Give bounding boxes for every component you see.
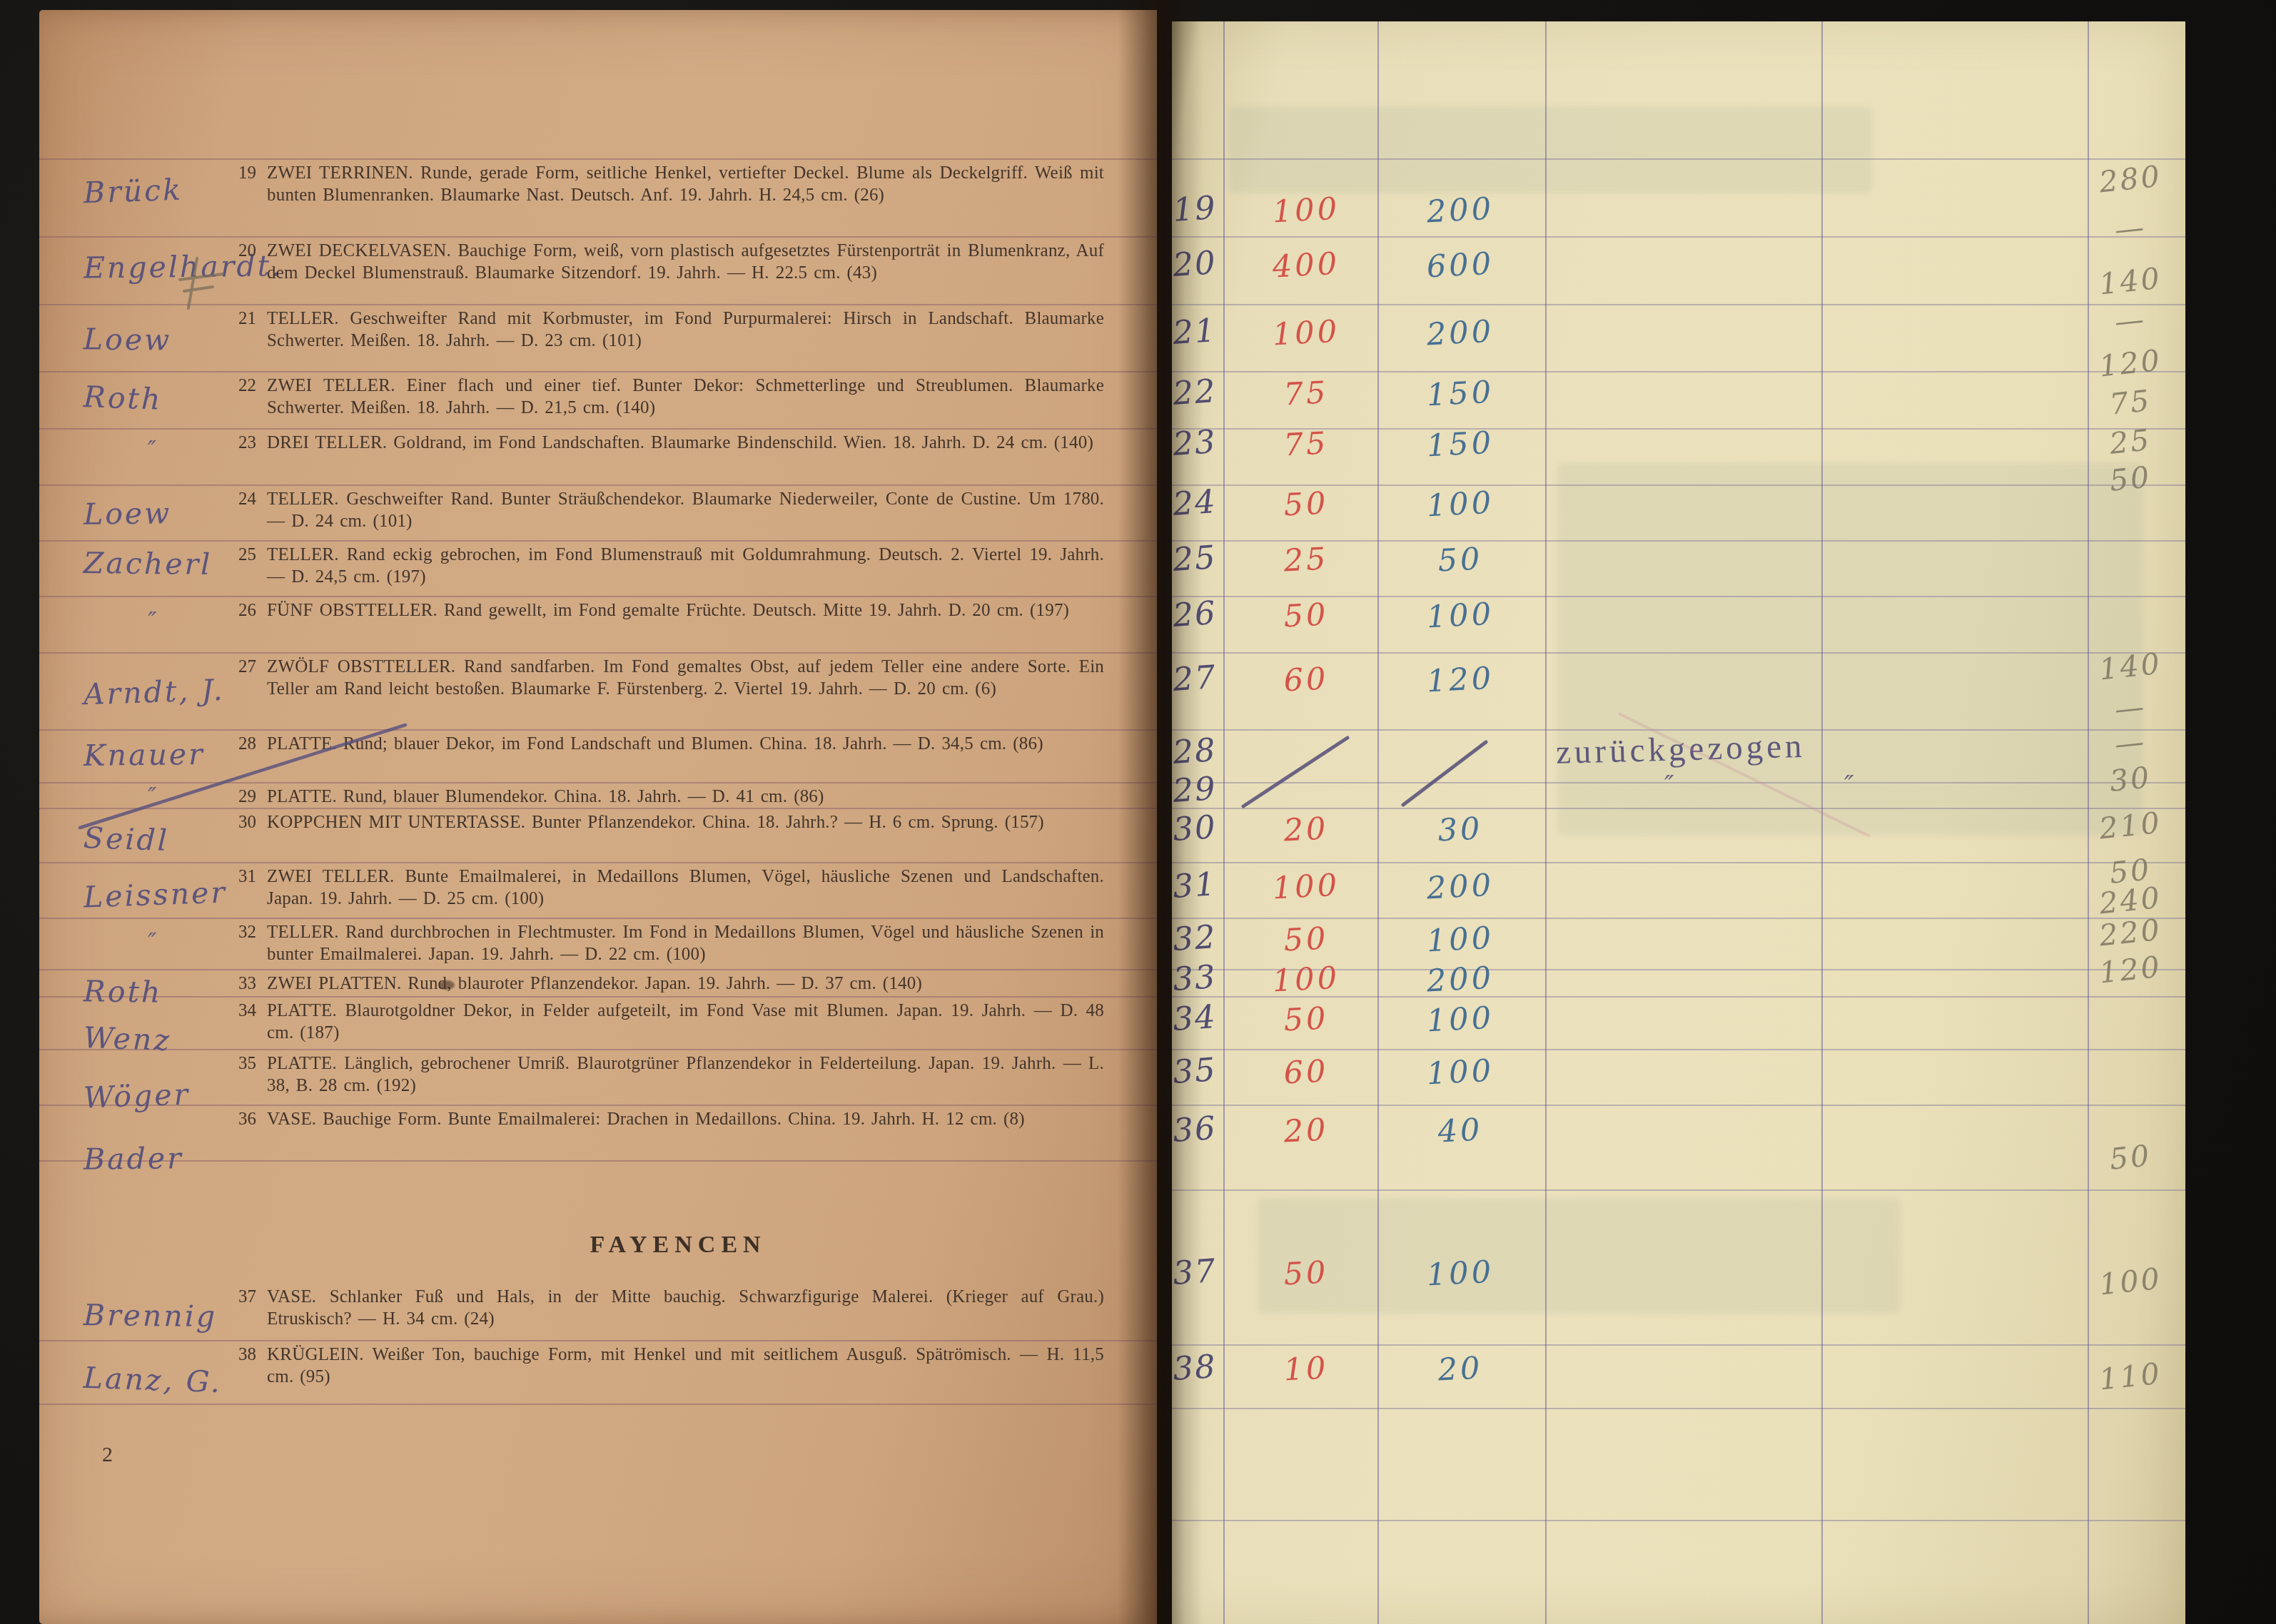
lot-description: DREI TELLER. Goldrand, im Fond Landschaf…: [267, 432, 1104, 454]
catalog-entry: 25TELLER. Rand eckig gebrochen, im Fond …: [203, 544, 1104, 588]
margin-bidder-name: Roth: [84, 974, 163, 1009]
ledger-price-red: 75: [1234, 372, 1378, 415]
lot-number-printed: 31: [203, 866, 267, 910]
rule-line: [39, 808, 1157, 809]
margin-bidder-name: Seidl: [83, 821, 169, 858]
ledger-lot-number: 22: [1159, 371, 1230, 414]
ledger-price-red: 60: [1234, 1051, 1378, 1094]
book-spread-scan: { "document": { "page_number": "2", "sec…: [0, 0, 2276, 1624]
rule-line: [39, 1340, 1157, 1341]
ledger-price-red: 50: [1234, 998, 1378, 1041]
ledger-price-blue: 100: [1388, 594, 1532, 637]
ledger-column-line: [1821, 21, 1823, 1624]
ledger-price-red: 60: [1234, 659, 1378, 701]
lot-description: ZWEI TELLER. Bunte Emailmalerei, in Meda…: [267, 866, 1104, 910]
ledger-rule-line: [1172, 1105, 2185, 1106]
ledger-lot-number: 25: [1159, 537, 1230, 580]
lot-number-printed: 23: [203, 432, 267, 454]
margin-bidder-name: Lanz, G.: [83, 1361, 223, 1400]
lot-description: KRÜGLEIN. Weißer Ton, bauchige Form, mit…: [267, 1344, 1104, 1388]
ledger-lot-number: 37: [1159, 1251, 1230, 1294]
margin-bidder-name: Bader: [84, 1141, 183, 1177]
ledger-rule-line: [1172, 304, 2185, 305]
margin-bidder-name: Loew: [84, 322, 172, 357]
ledger-page: zurückgezogen ″ ″ 1910020028020400600—21…: [1172, 21, 2185, 1624]
ledger-rule-line: [1172, 1049, 2185, 1050]
ledger-lot-number: 27: [1159, 657, 1230, 700]
lot-number-printed: 25: [203, 544, 267, 588]
rule-line: [39, 1404, 1157, 1405]
rule-line: [39, 1105, 1157, 1106]
ledger-rule-line: [1172, 652, 2185, 654]
ledger-rule-line: [1172, 729, 2185, 731]
rule-line: [39, 1160, 1157, 1162]
rule-line: [39, 371, 1157, 372]
ledger-price-blue: 150: [1388, 372, 1532, 415]
catalog-entry: 26FÜNF OBSTTELLER. Rand gewellt, im Fond…: [203, 599, 1104, 621]
rule-line: [39, 304, 1157, 305]
lot-number-printed: 32: [203, 921, 267, 965]
lot-number-printed: 20: [203, 240, 267, 284]
lot-number-printed: 37: [203, 1286, 267, 1330]
catalog-entry: 33ZWEI PLATTEN. Rund, blauroter Pflanzen…: [203, 973, 1104, 995]
ledger-rule-line: [1172, 862, 2185, 863]
ledger-lot-number: 36: [1159, 1108, 1230, 1151]
ledger-price-red: 50: [1234, 918, 1378, 961]
ledger-price-red: 20: [1234, 808, 1378, 851]
rule-line: [39, 596, 1157, 597]
lot-number-printed: 24: [203, 488, 267, 532]
ledger-lot-number: 34: [1159, 997, 1230, 1040]
ditto-mark: ″: [1664, 771, 1674, 800]
margin-bidder-name: Brück: [83, 173, 183, 210]
rule-line: [39, 540, 1157, 542]
ledger-price-red: 20: [1234, 1110, 1378, 1152]
margin-bidder-name: Zacherl: [84, 546, 213, 582]
margin-bidder-name: ″: [147, 607, 158, 634]
catalog-entry: 24TELLER. Geschweifter Rand. Bunter Strä…: [203, 488, 1104, 532]
catalog-entry: 37VASE. Schlanker Fuß und Hals, in der M…: [203, 1286, 1104, 1330]
catalog-entry: 22ZWEI TELLER. Einer flach und einer tie…: [203, 375, 1104, 419]
ledger-price-blue: 120: [1388, 659, 1532, 701]
lot-description: FÜNF OBSTTELLER. Rand gewellt, im Fond g…: [267, 599, 1104, 621]
ledger-price-red: 10: [1234, 1348, 1378, 1391]
catalog-entry: 21TELLER. Geschweifter Rand mit Korbmust…: [203, 308, 1104, 352]
ledger-price-red: 100: [1234, 312, 1378, 355]
rule-line: [39, 729, 1157, 731]
lot-description: PLATTE. Rund; blauer Dekor, im Fond Land…: [267, 733, 1104, 755]
lot-description: VASE. Schlanker Fuß und Hals, in der Mit…: [267, 1286, 1104, 1330]
margin-bidder-name: ″: [148, 928, 158, 955]
lot-description: TELLER. Rand durchbrochen in Flechtmuste…: [267, 921, 1104, 965]
ledger-price-red: 50: [1234, 483, 1378, 526]
lot-description: VASE. Bauchige Form. Bunte Emailmalerei:…: [267, 1108, 1104, 1130]
lot-description: TELLER. Rand eckig gebrochen, im Fond Bl…: [267, 544, 1104, 588]
ledger-lot-number: 24: [1159, 482, 1230, 524]
lot-description: PLATTE. Rund, blauer Blumendekor. China.…: [267, 786, 1104, 808]
catalog-entry: 31ZWEI TELLER. Bunte Emailmalerei, in Me…: [203, 866, 1104, 910]
ledger-rule-line: [1172, 808, 2185, 809]
ledger-price-red: 50: [1234, 594, 1378, 637]
lot-number-printed: 22: [203, 375, 267, 419]
margin-bidder-name: Loew: [84, 496, 172, 531]
catalog-entry: 19ZWEI TERRINEN. Runde, gerade Form, sei…: [203, 162, 1104, 206]
lot-number-printed: 28: [203, 733, 267, 755]
lot-description: TELLER. Geschweifter Rand. Bunter Sträuß…: [267, 488, 1104, 532]
ledger-lot-number: 23: [1159, 422, 1230, 465]
catalog-entry: 34PLATTE. Blaurotgoldner Dekor, in Felde…: [203, 1000, 1104, 1044]
margin-bidder-name: Brennig: [84, 1298, 218, 1334]
ledger-price-blue: 200: [1388, 312, 1532, 355]
catalog-entry: 29PLATTE. Rund, blauer Blumendekor. Chin…: [203, 786, 1104, 808]
lot-number-printed: 19: [203, 162, 267, 206]
lot-number-printed: 21: [203, 308, 267, 352]
rule-line: [39, 158, 1157, 160]
catalog-entry: 36VASE. Bauchige Form. Bunte Emailmalere…: [203, 1108, 1104, 1130]
ledger-price-red: 400: [1234, 244, 1378, 287]
ledger-price-blue: 100: [1388, 998, 1532, 1041]
ledger-column-line: [1545, 21, 1547, 1624]
lot-description: ZWEI TERRINEN. Runde, gerade Form, seitl…: [267, 162, 1104, 206]
lot-number-printed: 27: [203, 656, 267, 700]
ledger-column-line: [1377, 21, 1379, 1624]
ledger-price-blue: 200: [1388, 866, 1532, 908]
ledger-price-red: 100: [1234, 866, 1378, 908]
ledger-price-blue: 40: [1388, 1110, 1532, 1152]
ledger-rule-line: [1172, 1408, 2185, 1409]
lot-description: PLATTE. Blaurotgoldner Dekor, in Felder …: [267, 1000, 1104, 1044]
ledger-lot-number: 21: [1159, 310, 1230, 353]
ledger-price-red: 75: [1234, 423, 1378, 466]
ledger-lot-number: 30: [1159, 807, 1230, 850]
ledger-rule-line: [1172, 918, 2185, 919]
lot-description: ZWÖLF OBSTTELLER. Rand sandfarben. Im Fo…: [267, 656, 1104, 700]
catalog-entry: 27ZWÖLF OBSTTELLER. Rand sandfarben. Im …: [203, 656, 1104, 700]
catalog-entry: 28PLATTE. Rund; blauer Dekor, im Fond La…: [203, 733, 1104, 755]
lot-number-printed: 30: [203, 811, 267, 833]
ledger-rule-line: [1172, 782, 2185, 783]
ledger-price-blue: 100: [1388, 1252, 1532, 1295]
ledger-lot-number: 31: [1159, 864, 1230, 907]
ink-bleedthrough: [1229, 107, 1871, 193]
ledger-rule-line: [1172, 236, 2185, 238]
page-number: 2: [102, 1443, 113, 1467]
ledger-rule-line: [1172, 371, 2185, 372]
ledger-lot-number: 20: [1159, 243, 1230, 285]
lot-number-printed: 34: [203, 1000, 267, 1044]
rule-line: [39, 428, 1157, 430]
rule-line: [39, 1049, 1157, 1050]
catalog-entry: 32TELLER. Rand durchbrochen in Flechtmus…: [203, 921, 1104, 965]
ledger-price-blue: 200: [1388, 958, 1532, 1001]
lot-description: PLATTE. Länglich, gebrochener Umriß. Bla…: [267, 1052, 1104, 1097]
catalog-page: FAYENCEN 2 Brück19ZWEI TERRINEN. Runde, …: [39, 10, 1157, 1624]
ledger-lot-number: 32: [1159, 917, 1230, 960]
rule-line: [39, 969, 1157, 970]
rule-line: [39, 484, 1157, 486]
lot-number-printed: 35: [203, 1052, 267, 1097]
ledger-rule-line: [1172, 1344, 2185, 1346]
ledger-price-blue: 30: [1388, 808, 1532, 851]
ledger-lot-number: 28: [1159, 730, 1230, 773]
catalog-entry: 35PLATTE. Länglich, gebrochener Umriß. B…: [203, 1052, 1104, 1097]
lot-description: ZWEI TELLER. Einer flach und einer tief.…: [267, 375, 1104, 419]
ledger-rule-line: [1172, 1189, 2185, 1191]
ledger-lot-number: 19: [1159, 188, 1230, 230]
catalog-entry: 30KOPPCHEN MIT UNTERTASSE. Bunter Pflanz…: [203, 811, 1104, 833]
margin-bidder-name: Wöger: [83, 1077, 191, 1115]
ledger-rule-line: [1172, 158, 2185, 160]
ledger-lot-number: 35: [1159, 1050, 1230, 1092]
rule-line: [39, 918, 1157, 919]
ledger-price-blue: 100: [1388, 483, 1532, 526]
ledger-price-blue: 100: [1388, 1051, 1532, 1094]
ledger-rule-line: [1172, 1520, 2185, 1521]
rule-line: [39, 652, 1157, 654]
margin-bidder-name: Wenz: [83, 1020, 172, 1057]
margin-bidder-name: ″: [148, 782, 158, 810]
lot-number-printed: 36: [203, 1108, 267, 1130]
lot-number-printed: 26: [203, 599, 267, 621]
margin-bidder-name: Roth: [83, 380, 163, 417]
ledger-price-red: 100: [1234, 189, 1378, 232]
rule-line: [39, 236, 1157, 238]
ledger-price-blue: 20: [1388, 1348, 1532, 1391]
lot-description: TELLER. Geschweifter Rand mit Korbmuster…: [267, 308, 1104, 352]
lot-description: ZWEI PLATTEN. Rund, blauroter Pflanzende…: [267, 973, 1104, 995]
section-heading: FAYENCEN: [253, 1232, 1103, 1259]
catalog-entry: 20ZWEI DECKELVASEN. Bauchige Form, weiß,…: [203, 240, 1104, 284]
catalog-entry: 23DREI TELLER. Goldrand, im Fond Landsch…: [203, 432, 1104, 454]
lot-number-printed: 29: [203, 786, 267, 808]
ledger-lot-number: 38: [1159, 1346, 1230, 1389]
catalog-entry: 38KRÜGLEIN. Weißer Ton, bauchige Form, m…: [203, 1344, 1104, 1388]
lot-description: ZWEI DECKELVASEN. Bauchige Form, weiß, v…: [267, 240, 1104, 284]
ledger-price-blue: 600: [1388, 244, 1532, 287]
ledger-lot-number: 26: [1159, 593, 1230, 636]
lot-description: KOPPCHEN MIT UNTERTASSE. Bunter Pflanzen…: [267, 811, 1104, 833]
ledger-price-blue: 200: [1388, 189, 1532, 232]
ledger-price-blue: 150: [1388, 423, 1532, 466]
ledger-price-blue: 50: [1388, 539, 1532, 582]
margin-bidder-name: ″: [147, 435, 158, 463]
rule-line: [39, 862, 1157, 863]
rule-line: [39, 782, 1157, 783]
ledger-lot-number: 29: [1159, 768, 1230, 811]
margin-bidder-name: Knauer: [84, 737, 205, 773]
ditto-mark: ″: [1844, 771, 1853, 800]
lot-number-printed: 38: [203, 1344, 267, 1388]
ledger-price-red: 100: [1234, 958, 1378, 1001]
ledger-lot-number: 33: [1159, 957, 1230, 1000]
ledger-price-blue: 100: [1388, 918, 1532, 961]
ledger-price-red: 50: [1234, 1252, 1378, 1295]
ledger-price-red: 25: [1234, 539, 1378, 582]
lot-number-printed: 33: [203, 973, 267, 995]
rule-line: [39, 996, 1157, 998]
